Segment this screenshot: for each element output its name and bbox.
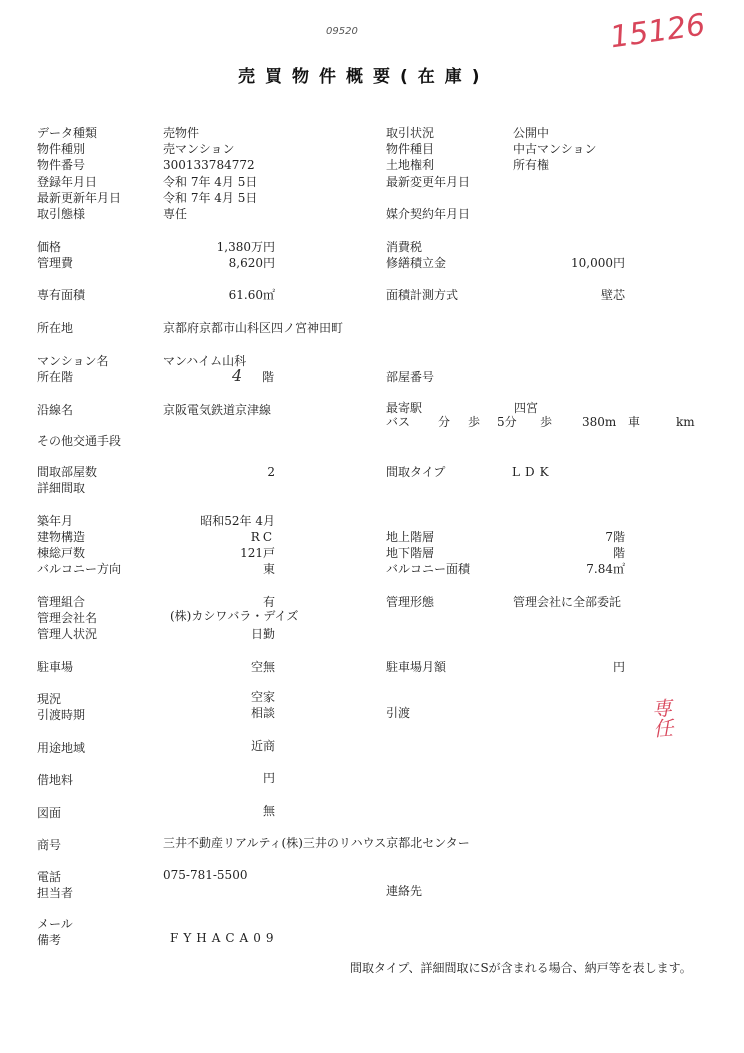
label-management-fee: 管理費 <box>37 256 73 270</box>
label-remarks: 備考 <box>37 933 61 947</box>
label-balcony-direction: バルコニー方向 <box>37 562 121 576</box>
value-parking: 空無 <box>163 660 275 674</box>
label-updated-date: 最新更新年月日 <box>37 191 121 205</box>
label-built: 築年月 <box>37 514 73 528</box>
value-floors-below: 階 <box>513 546 625 560</box>
label-management-company: 管理会社名 <box>37 611 97 625</box>
label-nearest-station: 最寄駅 <box>386 401 422 415</box>
label-layout-type: 間取タイプ <box>386 465 445 479</box>
value-property-kind: 売マンション <box>163 142 234 156</box>
value-area-method: 壁芯 <box>513 288 625 302</box>
value-management-form: 管理会社に全部委託 <box>513 595 621 609</box>
label-registered-date: 登録年月日 <box>37 175 97 189</box>
label-balcony-area: バルコニー面積 <box>386 562 470 576</box>
label-email: メール <box>37 917 73 931</box>
label-current-status: 現況 <box>37 692 61 706</box>
value-transaction-mode: 専任 <box>163 207 187 221</box>
value-repair-reserve: 10,000円 <box>513 256 625 270</box>
value-balcony-direction: 東 <box>163 562 275 576</box>
value-management-fee: 8,620円 <box>163 256 275 270</box>
value-handover-time: 相談 <box>163 706 275 720</box>
page-title: 売買物件概要(在庫) <box>238 62 490 87</box>
label-brokerage-contract-date: 媒介契約年月日 <box>386 207 470 221</box>
label-association: 管理組合 <box>37 595 85 609</box>
value-parking-fee: 円 <box>513 660 625 674</box>
label-detail-layout: 詳細間取 <box>37 481 85 495</box>
value-data-type: 売物件 <box>163 126 199 140</box>
value-manager-status: 日勤 <box>163 627 275 641</box>
value-total-units: 121戸 <box>163 546 275 560</box>
value-balcony-area: 7.84㎡ <box>513 562 625 576</box>
value-zoning: 近商 <box>163 739 275 753</box>
value-trade-name: 三井不動産リアルティ(株)三井のリハウス京都北センター <box>163 836 470 850</box>
value-drawing: 無 <box>163 804 275 818</box>
label-property-number: 物件番号 <box>37 158 85 172</box>
label-handover: 引渡 <box>386 706 410 720</box>
label-line: 沿線名 <box>37 403 73 417</box>
label-land-rights: 土地権利 <box>386 158 434 172</box>
label-data-type: データ種類 <box>37 126 97 140</box>
label-structure: 建物構造 <box>37 530 85 544</box>
label-exclusive-area: 専有面積 <box>37 288 85 302</box>
label-rooms: 間取部屋数 <box>37 465 97 479</box>
handwritten-note: 専任 <box>649 697 674 738</box>
label-management-form: 管理形態 <box>386 595 434 609</box>
label-bus: バス <box>386 415 410 429</box>
value-rooms: 2 <box>163 465 275 479</box>
label-contact: 連絡先 <box>386 884 422 898</box>
label-parking: 駐車場 <box>37 660 73 674</box>
label-person: 担当者 <box>37 886 73 900</box>
value-line: 京阪電気鉄道京津線 <box>163 403 271 417</box>
label-zoning: 用途地域 <box>37 741 85 755</box>
label-repair-reserve: 修繕積立金 <box>386 256 446 270</box>
label-car: 車 <box>628 415 640 429</box>
label-walk: 歩 <box>540 415 552 429</box>
value-layout-type: LDK <box>512 465 554 479</box>
value-property-number: 300133784772 <box>163 158 255 172</box>
value-nearest-station: 四宮 <box>514 401 538 415</box>
value-updated-date: 令和 7年 4月 5日 <box>163 191 257 205</box>
value-current-status: 空家 <box>163 690 275 704</box>
label-area-method: 面積計測方式 <box>386 288 458 302</box>
value-transaction-status: 公開中 <box>513 126 549 140</box>
label-latest-change-date: 最新変更年月日 <box>386 175 470 189</box>
label-bus-walk: 歩 <box>468 415 480 429</box>
value-property-item: 中古マンション <box>513 142 596 156</box>
label-bus-min: 分 <box>438 415 450 429</box>
label-consumption-tax: 消費税 <box>386 240 422 254</box>
label-floors-above: 地上階層 <box>386 530 434 544</box>
value-address: 京都府京都市山科区四ノ宮神田町 <box>163 321 343 335</box>
value-floor-handwritten: 4 <box>232 366 242 385</box>
label-phone: 電話 <box>37 870 61 884</box>
label-trade-name: 商号 <box>37 838 61 852</box>
value-exclusive-area: 61.60㎡ <box>163 288 275 302</box>
label-transaction-mode: 取引態様 <box>37 207 85 221</box>
label-car-unit: km <box>676 415 695 429</box>
value-phone: 075-781-5500 <box>163 868 247 882</box>
value-registered-date: 令和 7年 4月 5日 <box>163 175 257 189</box>
label-address: 所在地 <box>37 321 73 335</box>
label-transaction-status: 取引状況 <box>386 126 434 140</box>
label-other-transport: その他交通手段 <box>37 434 121 448</box>
label-total-units: 棟総戸数 <box>37 546 85 560</box>
label-price: 価格 <box>37 240 61 254</box>
value-land-rent: 円 <box>163 771 275 785</box>
value-structure: RC <box>163 530 275 544</box>
value-land-rights: 所有権 <box>513 158 549 172</box>
stamp-number: 09520 <box>326 26 358 37</box>
footer-note: 間取タイプ、詳細間取にSが含まれる場合、納戸等を表します。 <box>350 961 692 975</box>
label-mansion-name: マンション名 <box>37 354 108 368</box>
label-property-item: 物件種目 <box>386 142 434 156</box>
label-floors-below: 地下階層 <box>386 546 434 560</box>
label-parking-fee: 駐車場月額 <box>386 660 446 674</box>
value-walk: 5分 <box>497 415 517 429</box>
label-land-rent: 借地料 <box>37 773 73 787</box>
value-remarks: FYHACA09 <box>170 931 279 945</box>
value-price: 1,380万円 <box>163 240 275 254</box>
label-property-kind: 物件種別 <box>37 142 85 156</box>
label-floor: 所在階 <box>37 370 73 384</box>
value-association: 有 <box>163 595 275 609</box>
value-built: 昭和52年 4月 <box>163 514 275 528</box>
value-distance: 380m <box>582 415 616 429</box>
value-floors-above: 7階 <box>513 530 625 544</box>
label-manager-status: 管理人状況 <box>37 627 97 641</box>
handwritten-number: 15126 <box>608 8 707 56</box>
value-floor-unit: 階 <box>262 370 274 384</box>
label-room-number: 部屋番号 <box>386 370 434 384</box>
label-drawing: 図面 <box>37 806 61 820</box>
label-handover-time: 引渡時期 <box>37 708 85 722</box>
value-management-company: (株)カシワバラ・デイズ <box>170 609 298 623</box>
